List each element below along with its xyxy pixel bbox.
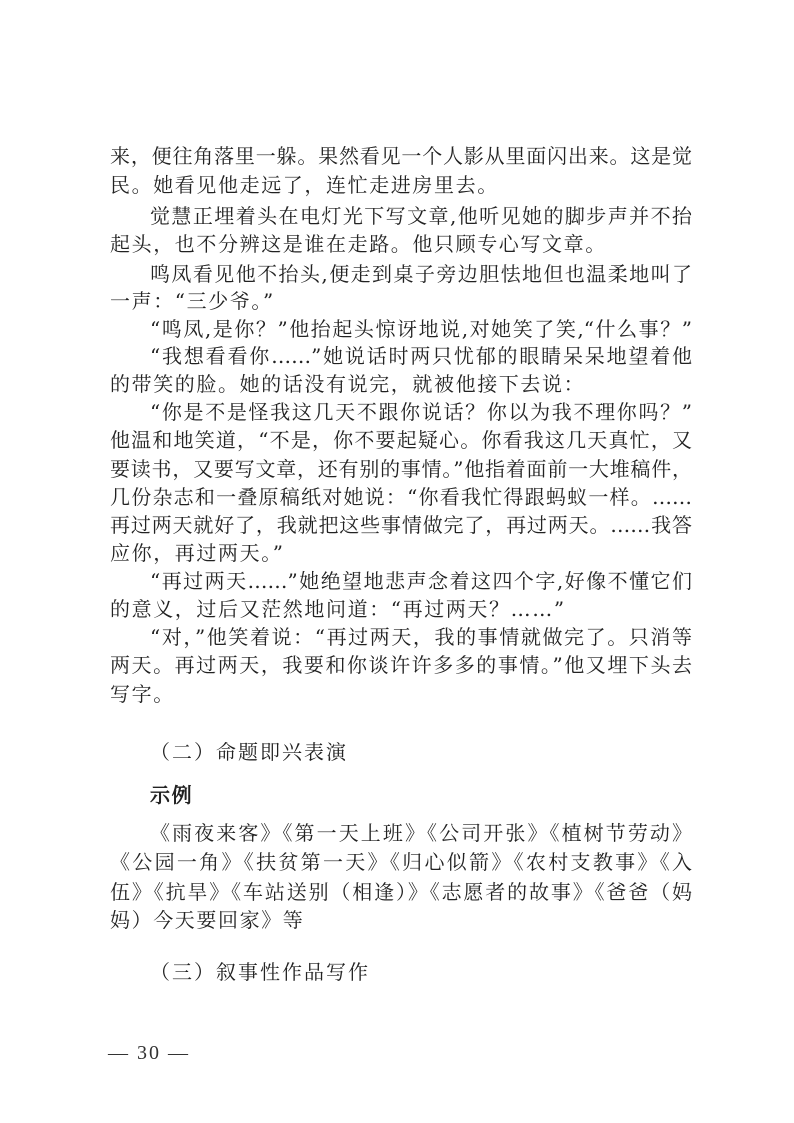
paragraph-line: 几份杂志和一叠原稿纸对她说：“你看我忙得跟蚂蚁一样。…… <box>110 483 692 511</box>
page-number: — 30 — <box>108 1042 190 1065</box>
paragraph-line: 要读书，又要写文章，还有别的事情。”他指着面前一大堆稿件， <box>110 455 692 483</box>
example-titles-line: 《公园一角》《扶贫第一天》《归心似箭》《农村支教事》《入 <box>110 848 692 876</box>
paragraph-line: “你是不是怪我这几天不跟你说话？你以为我不理你吗？” <box>110 398 692 426</box>
paragraph-line: “对，”他笑着说：“再过两天，我的事情就做完了。只消等 <box>110 623 692 651</box>
paragraph-line: 两天。再过两天，我要和你谈许许多多的事情。”他又埋下头去 <box>110 651 692 679</box>
example-titles-line: 伍》《抗旱》《车站送别（相逢）》《志愿者的故事》《爸爸（妈 <box>110 878 692 906</box>
section-heading-three: （三）叙事性作品写作 <box>110 958 370 986</box>
paragraph-line: 一声：“三少爷。” <box>110 287 275 315</box>
paragraph-line: “鸣凤,是你？”他抬起头惊讶地说,对她笑了笑,“什么事？” <box>110 315 692 343</box>
paragraph-line: 应你，再过两天。” <box>110 539 285 567</box>
paragraph-line: “再过两天……”她绝望地悲声念着这四个字,好像不懂它们 <box>110 567 692 595</box>
paragraph-line: 觉慧正埋着头在电灯光下写文章,他听见她的脚步声并不抬 <box>110 202 692 230</box>
paragraph-line: “我想看看你……”她说话时两只忧郁的眼睛呆呆地望着他 <box>110 342 692 370</box>
paragraph-line: 再过两天就好了，我就把这些事情做完了，再过两天。……我答 <box>110 511 692 539</box>
paragraph-line: 起头，也不分辨这是谁在走路。他只顾专心写文章。 <box>110 230 607 258</box>
paragraph-line: 民。她看见他走远了，连忙走进房里去。 <box>110 171 499 199</box>
paragraph-line: 来，便往角落里一躲。果然看见一个人影从里面闪出来。这是觉 <box>110 142 692 170</box>
paragraph-line: 写字。 <box>110 680 175 708</box>
paragraph-line: 的意义，过后又茫然地问道：“再过两天？……” <box>110 595 566 623</box>
paragraph-line: 鸣凤看见他不抬头,便走到桌子旁边胆怯地但也温柔地叫了 <box>110 260 692 288</box>
section-heading-two: （二）命题即兴表演 <box>110 738 348 766</box>
example-titles-line: 妈）今天要回家》等 <box>110 906 304 934</box>
example-label: 示例 <box>110 781 193 809</box>
paragraph-line: 他温和地笑道，“不是，你不要起疑心。你看我这几天真忙，又 <box>110 426 692 454</box>
example-titles-line: 《雨夜来客》《第一天上班》《公司开张》《植树节劳动》 <box>110 819 692 847</box>
paragraph-line: 的带笑的脸。她的话没有说完，就被他接下去说： <box>110 370 585 398</box>
